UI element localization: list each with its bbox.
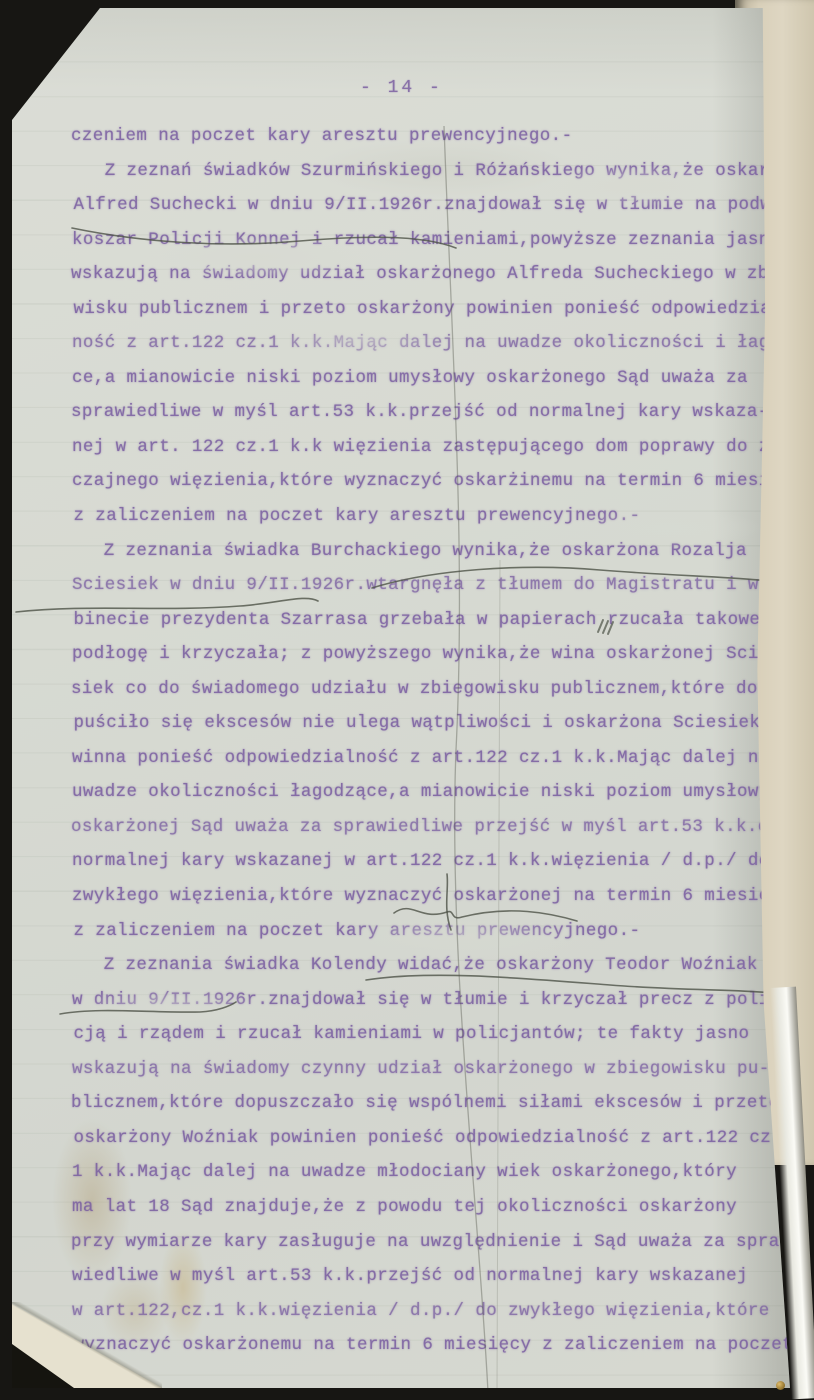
pen-cross-horizontal bbox=[394, 909, 577, 921]
underline-teodor-wozniak bbox=[366, 975, 790, 997]
underline-rozalja bbox=[372, 567, 790, 588]
insertion-squiggle bbox=[598, 620, 613, 634]
vertical-fold-crease-secondary bbox=[497, 560, 500, 1388]
underline-alfred-suchecki bbox=[72, 228, 456, 248]
annotation-layer bbox=[12, 8, 790, 1388]
underline-w-dniu bbox=[60, 1002, 236, 1014]
pen-cross-vertical bbox=[447, 874, 451, 930]
underline-sciesiek bbox=[16, 598, 318, 612]
document-scan: - 14 - czeniem na poczet kary aresztu pr… bbox=[0, 0, 814, 1400]
binding-fastener bbox=[776, 1381, 785, 1390]
vertical-fold-crease bbox=[444, 126, 488, 1388]
typewritten-page: - 14 - czeniem na poczet kary aresztu pr… bbox=[12, 8, 790, 1388]
